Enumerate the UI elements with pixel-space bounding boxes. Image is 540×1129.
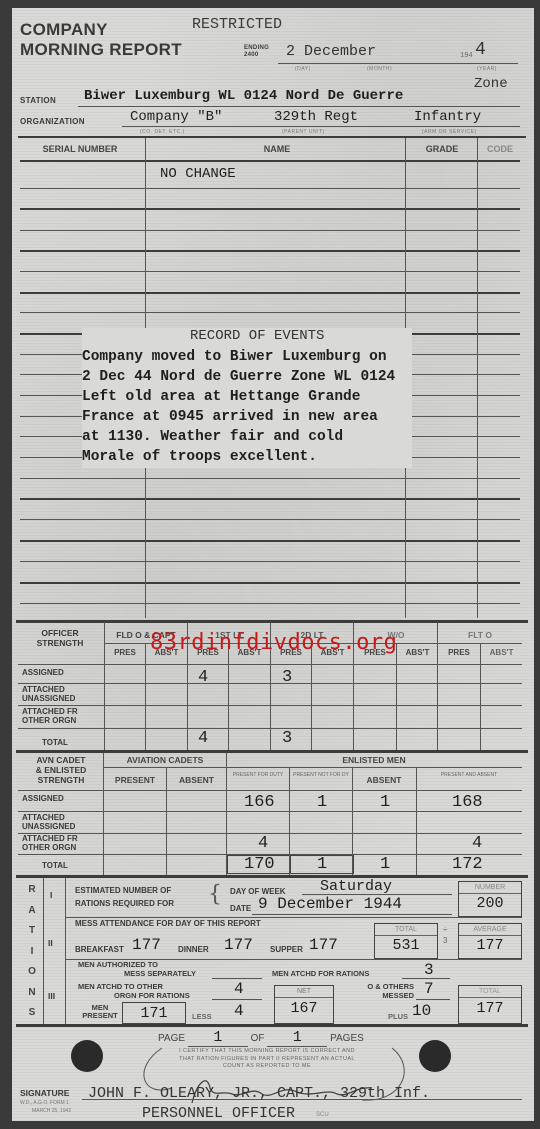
side-letter: R: [24, 880, 40, 901]
em-attached-fr-present-for-duty: 4: [258, 834, 268, 853]
col-em-absent: ABSENT: [353, 775, 415, 785]
org-parent-unit: 329th Regt: [274, 109, 358, 125]
roster-line: [20, 292, 520, 294]
less-value: 4: [234, 1002, 244, 1020]
average-value: 177: [459, 936, 521, 956]
ending-label-2: 2400: [244, 52, 269, 59]
event-line: France at 0945 arrived in new area: [82, 407, 395, 427]
website-watermark: 83rdinfdivdocs.org: [150, 630, 397, 655]
roster-line: [20, 603, 520, 604]
officer-row-assigned: ASSIGNED: [22, 668, 64, 678]
punch-hole-right-icon: [419, 1040, 451, 1072]
roster-line: [20, 271, 520, 272]
plus-value: 10: [412, 1002, 431, 1020]
men-authorized-label: MEN AUTHORIZED TO MESS SEPARATELY: [78, 960, 196, 978]
dinner-value: 177: [224, 936, 253, 954]
col-avn-present: PRESENT: [104, 775, 166, 785]
roster-line: [20, 250, 520, 252]
event-line: 2 Dec 44 Nord de Guerre Zone WL 0124: [82, 367, 395, 387]
station-zone: Zone: [474, 76, 508, 92]
side-letter: S: [24, 1003, 40, 1024]
signer-name: JOHN F. OLEARY, JR., CAPT., 329th Inf.: [88, 1085, 430, 1102]
group-flt-o: FLT O: [438, 630, 522, 640]
col-em-present-not-for-dy: PRESENT NOT FOR DY: [290, 771, 352, 779]
officer-col-divider: [104, 622, 105, 750]
roster-line: [20, 188, 520, 189]
men-present-label-2: PRESENT: [78, 1012, 122, 1020]
brace-icon: {: [208, 882, 222, 907]
record-of-events: RECORD OF EVENTS Company moved to Biwer …: [82, 328, 412, 468]
col-grade: GRADE: [407, 144, 477, 154]
mess-total-value: 531: [375, 936, 437, 956]
rations-bottom-rule: [16, 1024, 528, 1027]
net-label: NET: [275, 986, 333, 998]
mess-total-label: TOTAL: [375, 924, 437, 936]
officer-top-rule: [16, 620, 528, 623]
signer-title: PERSONNEL OFFICER: [142, 1105, 295, 1122]
men-atchd-other-value: 4: [234, 980, 244, 998]
em-assigned-absent: 1: [380, 793, 390, 812]
others-messed-label: O & OTHERS MESSED: [344, 982, 414, 1000]
officer-total-2d-lt-pres: 3: [282, 729, 292, 748]
event-line: at 1130. Weather fair and cold: [82, 427, 395, 447]
mess-total-box: TOTAL 531: [374, 923, 438, 959]
officer-assigned-2d-lt-pres: 3: [282, 668, 292, 687]
date-underline: [252, 914, 452, 915]
punch-hole-left-icon: [71, 1040, 103, 1072]
group-enlisted-men: ENLISTED MEN: [227, 755, 521, 765]
rations-top-rule: [16, 875, 528, 878]
em-attached-fr-present-and-absent: 4: [472, 834, 482, 853]
col-code: CODE: [478, 144, 522, 154]
month-caption: (MONTH): [367, 66, 392, 72]
enlisted-col-divider: [226, 753, 227, 875]
atchd-other-underline: [212, 999, 262, 1000]
less-label: LESS: [192, 1012, 212, 1022]
total-pnfd-box: [290, 855, 354, 874]
breakfast-value: 177: [132, 936, 161, 954]
total-pfd-box: [227, 855, 290, 874]
mess-separately-underline: [212, 978, 262, 979]
event-line: Company moved to Biwer Luxemburg on: [82, 347, 395, 367]
morning-report-form: COMPANY MORNING REPORT RESTRICTED ENDING…: [12, 8, 534, 1121]
sub-abst: ABS'T: [481, 648, 522, 657]
form-number-line-1: W.D., A.G.O. FORM 1: [20, 1099, 71, 1107]
signature-label: SIGNATURE: [20, 1088, 69, 1098]
enlisted-row-total: TOTAL: [42, 861, 68, 871]
enlisted-col-divider: [103, 753, 104, 875]
men-atchd-other-label-2: ORGN FOR RATIONS: [78, 991, 190, 1000]
men-authorized-label-2: MESS SEPARATELY: [78, 969, 196, 978]
ending-label: ENDING 2400: [244, 45, 269, 59]
date-value: 9 December 1944: [258, 895, 402, 913]
ending-label-1: ENDING: [244, 45, 269, 52]
men-atchd-other-label: MEN ATCHD TO OTHER ORGN FOR RATIONS: [78, 982, 190, 1000]
col-em-present-and-absent: PRESENT AND ABSENT: [417, 771, 521, 779]
divide-by-value: 3: [443, 935, 447, 946]
officer-col-divider: [480, 644, 481, 750]
scu-label: SCU: [316, 1112, 329, 1118]
part-ii-numeral: II: [48, 938, 53, 948]
ration-number-box: NUMBER 200: [458, 881, 522, 917]
side-letter: T: [24, 921, 40, 942]
form-title-line2: MORNING REPORT: [20, 40, 182, 60]
men-atchd-for-rations-label: MEN ATCHD FOR RATIONS: [272, 969, 369, 979]
officer-col-divider: [145, 644, 146, 750]
group-aviation-cadets: AVIATION CADETS: [104, 755, 226, 765]
org-caption-parent: (PARENT UNIT): [282, 129, 325, 135]
men-present-label: MEN PRESENT: [78, 1004, 122, 1020]
station-label: STATION: [20, 96, 56, 105]
enlisted-top-rule: [16, 750, 528, 753]
net-box: NET 167: [274, 985, 334, 1024]
breakfast-label: BREAKFAST: [75, 945, 124, 955]
em-assigned-present-for-duty: 166: [244, 793, 275, 812]
sub-abst: ABS'T: [397, 648, 438, 657]
men-atchd-other-label-1: MEN ATCHD TO OTHER: [78, 982, 190, 991]
roster-line: [20, 582, 520, 584]
enlisted-title-1: AVN CADET: [20, 755, 102, 765]
date-underline: [278, 63, 518, 64]
officer-row-attached-unassigned: ATTACHED UNASSIGNED: [22, 685, 102, 703]
org-caption-arm: (ARM OR SERVICE): [422, 129, 477, 135]
officer-row-total: TOTAL: [42, 738, 68, 748]
col-avn-absent: ABSENT: [167, 775, 226, 785]
rations-divider: [65, 878, 66, 1024]
part-i-label-1: ESTIMATED NUMBER OF: [75, 884, 174, 897]
day-caption: (DAY): [295, 66, 311, 72]
year-digit: 4: [475, 40, 486, 60]
org-caption-co: (CO. DET. ETC.): [140, 129, 185, 135]
officer-assigned-1st-lt-pres: 4: [198, 668, 208, 687]
day-of-week-value: Saturday: [320, 878, 392, 895]
col-em-present-for-duty: PRESENT FOR DUTY: [228, 771, 288, 779]
side-letter: O: [24, 962, 40, 983]
col-name: NAME: [147, 144, 407, 154]
roster-line: [20, 230, 520, 231]
men-present-box: 171: [122, 1002, 186, 1024]
roster-line: [20, 540, 520, 542]
officer-col-divider: [437, 622, 438, 750]
roster-col-divider: [477, 138, 478, 618]
roster-line: [20, 208, 520, 210]
em-total-present-and-absent: 172: [452, 855, 483, 874]
rations-total-box: TOTAL 177: [458, 985, 522, 1024]
roster-line: [20, 561, 520, 562]
side-letter: I: [24, 942, 40, 963]
station-value: Biwer Luxemburg WL 0124 Nord De Guerre: [84, 88, 403, 104]
rations-side-label: R A T I O N S: [24, 880, 40, 1024]
classification-stamp: RESTRICTED: [192, 16, 282, 33]
org-company: Company "B": [130, 109, 222, 125]
organization-underline: [122, 126, 520, 127]
dinner-label: DINNER: [178, 945, 209, 955]
roster-header-rule: [20, 160, 520, 162]
organization-label: ORGANIZATION: [20, 117, 85, 126]
plus-label: PLUS: [388, 1012, 408, 1022]
roster-line: [20, 519, 520, 520]
net-value: 167: [275, 998, 333, 1020]
enlisted-row-attached-fr: ATTACHED FR OTHER ORGN: [22, 834, 102, 852]
enlisted-row-assigned: ASSIGNED: [22, 794, 64, 804]
em-assigned-present-not-for-dy: 1: [317, 793, 327, 812]
others-messed-label-2: MESSED: [344, 991, 414, 1000]
record-of-events-title: RECORD OF EVENTS: [190, 328, 324, 344]
enlisted-col-divider: [352, 768, 353, 875]
officer-strength-title: OFFICER STRENGTH: [20, 628, 100, 648]
supper-value: 177: [309, 936, 338, 954]
enlisted-row-attached-unassigned: ATTACHED UNASSIGNED: [22, 813, 102, 831]
record-of-events-body: Company moved to Biwer Luxemburg on 2 De…: [82, 347, 395, 467]
year-caption: (YEAR): [477, 66, 497, 72]
average-box: AVERAGE 177: [458, 923, 522, 959]
others-messed-underline: [416, 999, 450, 1000]
rations-total-label: TOTAL: [459, 986, 521, 998]
roster-line: [20, 498, 520, 500]
event-line: Left old area at Hettange Grande: [82, 387, 395, 407]
others-messed-label-1: O & OTHERS: [344, 982, 414, 991]
men-present-value: 171: [123, 1003, 185, 1025]
officer-title-2: STRENGTH: [20, 638, 100, 648]
officer-col-divider: [311, 644, 312, 750]
sub-pres: PRES: [105, 648, 145, 657]
mess-attendance-label: MESS ATTENDANCE FOR DAY OF THIS REPORT: [75, 919, 261, 929]
others-messed-value: 7: [424, 980, 434, 998]
ration-number-label: NUMBER: [459, 882, 521, 894]
side-letter: N: [24, 983, 40, 1004]
report-day-month: 2 December: [286, 43, 376, 60]
men-authorized-label-1: MEN AUTHORIZED TO: [78, 960, 196, 969]
form-number-line-2: MARCH 25, 1942: [20, 1107, 71, 1115]
event-line: Morale of troops excellent.: [82, 447, 395, 467]
rations-divider: [43, 878, 44, 1024]
part-iii-numeral: III: [48, 991, 55, 1001]
enlisted-col-divider: [289, 768, 290, 875]
roster-line: [20, 478, 520, 479]
officer-col-divider: [396, 644, 397, 750]
em-assigned-present-and-absent: 168: [452, 793, 483, 812]
date-label: DATE: [230, 904, 251, 914]
side-letter: A: [24, 901, 40, 922]
enlisted-title-2: & ENLISTED: [20, 765, 102, 775]
form-number: W.D., A.G.O. FORM 1 MARCH 25, 1942: [20, 1099, 71, 1115]
divide-by-label: ÷ 3: [443, 924, 447, 946]
atchd-for-underline: [402, 978, 450, 979]
enlisted-col-divider: [166, 768, 167, 875]
rations-total-value: 177: [459, 998, 521, 1020]
part-i-label-2: RATIONS REQUIRED FOR: [75, 897, 174, 910]
officer-title-1: OFFICER: [20, 628, 100, 638]
part-i-rule: [65, 917, 522, 918]
enlisted-title-3: STRENGTH: [20, 775, 102, 785]
officer-row-attached-fr: ATTACHED FR OTHER ORGN: [22, 707, 102, 725]
average-label: AVERAGE: [459, 924, 521, 936]
part-i-label: ESTIMATED NUMBER OF RATIONS REQUIRED FOR: [75, 884, 174, 910]
year-prefix: 194: [460, 52, 473, 60]
sub-pres: PRES: [438, 648, 480, 657]
station-underline: [78, 106, 520, 107]
em-total-absent: 1: [380, 855, 390, 874]
form-title-line1: COMPANY: [20, 20, 108, 40]
ration-number-value: 200: [459, 894, 521, 914]
enlisted-strength-title: AVN CADET & ENLISTED STRENGTH: [20, 755, 102, 785]
supper-label: SUPPER: [270, 945, 303, 955]
roster-line: [20, 312, 520, 313]
divide-icon: ÷: [443, 924, 447, 935]
men-atchd-for-rations-value: 3: [424, 961, 434, 979]
officer-total-1st-lt-pres: 4: [198, 729, 208, 748]
enlisted-row-rule: [18, 790, 522, 791]
roster-top-rule: [18, 136, 526, 138]
enlisted-col-divider: [416, 768, 417, 875]
col-serial-number: SERIAL NUMBER: [20, 144, 140, 154]
part-i-numeral: I: [50, 890, 52, 900]
org-arm: Infantry: [414, 109, 481, 125]
roster-name-cell: NO CHANGE: [160, 166, 236, 182]
officer-col-divider: [228, 644, 229, 750]
